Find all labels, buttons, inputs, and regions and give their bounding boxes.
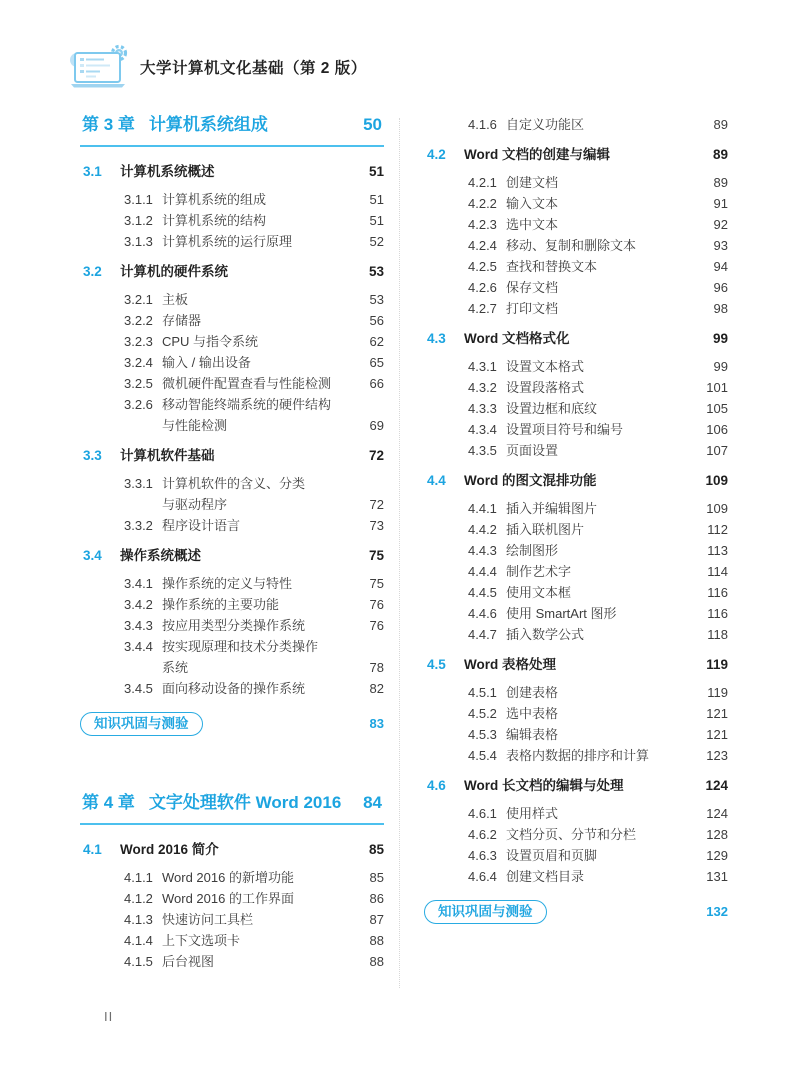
toc-sub-entry: 4.4.3绘制图形113 — [424, 540, 728, 561]
sub-entry-number: 4.3.5 — [468, 440, 506, 461]
sub-entry-number: 4.3.2 — [468, 377, 506, 398]
toc-sub-entry: 4.3.3设置边框和底纹105 — [424, 398, 728, 419]
sub-entry-title: 查找和替换文本 — [506, 256, 603, 277]
toc-sub-entry: 4.5.1创建表格119 — [424, 682, 728, 703]
sub-entry-page-number: 92 — [714, 214, 728, 235]
sub-entry-title: 保存文档 — [506, 277, 564, 298]
sub-entry-title: 使用样式 — [506, 803, 564, 824]
toc-section-entry: 4.2Word 文档的创建与编辑89 — [424, 144, 728, 165]
toc-sub-entry: 3.4.1操作系统的定义与特性75 — [80, 573, 384, 594]
toc-sub-entry: 4.1.3快速访问工具栏87 — [80, 909, 384, 930]
sub-entry-page-number: 89 — [714, 114, 728, 135]
sub-entry-title: Word 2016 的新增功能 — [162, 867, 300, 888]
sub-entry-number: 3.1.3 — [124, 231, 162, 252]
sub-entry-page-number: 65 — [370, 352, 384, 373]
sub-entry-page-number: 91 — [714, 193, 728, 214]
sub-entry-page-number: 121 — [706, 724, 728, 745]
sub-entry-title: 插入数学公式 — [506, 624, 590, 645]
section-number: 4.3 — [424, 328, 464, 349]
section-number: 3.3 — [80, 445, 120, 466]
sub-entry-number: 4.4.7 — [468, 624, 506, 645]
sub-entry-page-number: 86 — [370, 888, 384, 909]
sub-entry-number: 4.1.1 — [124, 867, 162, 888]
toc-sub-entry: 3.4.4按实现原理和技术分类操作 — [80, 636, 384, 657]
page-header: 大学计算机文化基础（第 2 版） — [66, 44, 367, 90]
toc-section-entry: 4.6Word 长文档的编辑与处理124 — [424, 775, 728, 796]
sub-entry-number: 3.3.2 — [124, 515, 162, 536]
toc-sub-entry: 4.1.2Word 2016 的工作界面86 — [80, 888, 384, 909]
knowledge-test-row: 知识巩固与测验83 — [80, 712, 384, 736]
section-title: Word 文档格式化 — [464, 328, 576, 349]
toc-sub-entry: 4.4.5使用文本框116 — [424, 582, 728, 603]
sub-entry-page-number: 76 — [370, 615, 384, 636]
toc-sub-entry: 4.2.5查找和替换文本94 — [424, 256, 728, 277]
sub-entry-page-number: 129 — [706, 845, 728, 866]
sub-entry-number: 4.4.6 — [468, 603, 506, 624]
sub-entry-title: 移动、复制和删除文本 — [506, 235, 642, 256]
sub-entry-title: Word 2016 的工作界面 — [162, 888, 300, 909]
sub-entry-page-number: 73 — [370, 515, 384, 536]
sub-entry-page-number: 93 — [714, 235, 728, 256]
sub-entry-title: 设置项目符号和编号 — [506, 419, 629, 440]
sub-entry-page-number: 109 — [706, 498, 728, 519]
knowledge-test-page-number: 83 — [370, 713, 384, 734]
sub-entry-page-number: 94 — [714, 256, 728, 277]
sub-entry-page-number: 87 — [370, 909, 384, 930]
toc-sub-entry: 4.4.7插入数学公式118 — [424, 624, 728, 645]
sub-entry-title-line2: 与性能检测 — [162, 415, 233, 436]
chapter-title: 计算机系统组成 — [149, 114, 268, 136]
sub-entry-page-number: 105 — [706, 398, 728, 419]
toc-sub-entry: 4.5.3编辑表格121 — [424, 724, 728, 745]
sub-entry-page-number: 113 — [707, 540, 728, 561]
sub-entry-title: 设置边框和底纹 — [506, 398, 603, 419]
sub-entry-page-number: 51 — [370, 210, 384, 231]
chapter-title: 文字处理软件 Word 2016 — [149, 792, 341, 814]
sub-entry-title: 设置段落格式 — [506, 377, 590, 398]
toc-sub-entry: 3.4.5面向移动设备的操作系统82 — [80, 678, 384, 699]
toc-section-entry: 4.5Word 表格处理119 — [424, 654, 728, 675]
sub-entry-page-number: 107 — [706, 440, 728, 461]
sub-entry-title: 输入文本 — [506, 193, 564, 214]
sub-entry-page-number: 118 — [707, 624, 728, 645]
toc-sub-entry: 4.6.1使用样式124 — [424, 803, 728, 824]
toc-sub-entry: 4.6.3设置页眉和页脚129 — [424, 845, 728, 866]
toc-sub-entry: 4.6.4创建文档目录131 — [424, 866, 728, 887]
section-number: 4.4 — [424, 470, 464, 491]
sub-entry-title: 制作艺术字 — [506, 561, 577, 582]
toc-section-entry: 3.2计算机的硬件系统53 — [80, 261, 384, 282]
sub-entry-page-number: 124 — [706, 803, 728, 824]
section-number: 4.5 — [424, 654, 464, 675]
sub-entry-number: 3.2.4 — [124, 352, 162, 373]
sub-entry-page-number: 78 — [370, 657, 384, 678]
sub-entry-number: 4.2.3 — [468, 214, 506, 235]
sub-entry-page-number: 106 — [706, 419, 728, 440]
sub-entry-page-number: 53 — [370, 289, 384, 310]
knowledge-test-row: 知识巩固与测验132 — [424, 900, 728, 924]
sub-entry-number: 4.5.1 — [468, 682, 506, 703]
sub-entry-title: 输入 / 输出设备 — [162, 352, 257, 373]
sub-entry-number: 3.2.3 — [124, 331, 162, 352]
toc-sub-entry: 4.3.5页面设置107 — [424, 440, 728, 461]
sub-entry-number: 4.5.2 — [468, 703, 506, 724]
toc-sub-entry: 4.4.1插入并编辑图片109 — [424, 498, 728, 519]
sub-entry-title: 操作系统的定义与特性 — [162, 573, 298, 594]
toc-sub-entry: 4.1.1Word 2016 的新增功能85 — [80, 867, 384, 888]
sub-entry-title: 计算机系统的运行原理 — [162, 231, 298, 252]
sub-entry-title: 绘制图形 — [506, 540, 564, 561]
toc-sub-entry: 4.2.3选中文本92 — [424, 214, 728, 235]
sub-entry-number: 4.6.2 — [468, 824, 506, 845]
sub-entry-number: 4.5.4 — [468, 745, 506, 766]
sub-entry-title: 选中文本 — [506, 214, 564, 235]
section-number: 4.2 — [424, 144, 464, 165]
sub-entry-page-number: 112 — [707, 519, 728, 540]
sub-entry-title: 插入联机图片 — [506, 519, 590, 540]
section-number: 3.1 — [80, 161, 120, 182]
section-page-number: 124 — [705, 775, 728, 796]
toc-section-entry: 3.1计算机系统概述51 — [80, 161, 384, 182]
toc-sub-entry: 4.2.1创建文档89 — [424, 172, 728, 193]
sub-entry-number: 4.3.1 — [468, 356, 506, 377]
sub-entry-page-number: 116 — [707, 582, 728, 603]
sub-entry-number: 3.4.4 — [124, 636, 162, 657]
sub-entry-number: 3.1.1 — [124, 189, 162, 210]
sub-entry-title: 计算机系统的结构 — [162, 210, 272, 231]
sub-entry-title: 面向移动设备的操作系统 — [162, 678, 311, 699]
sub-entry-page-number: 101 — [706, 377, 728, 398]
sub-entry-number: 4.2.7 — [468, 298, 506, 319]
sub-entry-number: 4.2.4 — [468, 235, 506, 256]
toc-sub-entry: 3.3.1计算机软件的含义、分类 — [80, 473, 384, 494]
toc-sub-entry-continuation: 与驱动程序72 — [80, 494, 384, 515]
sub-entry-number: 4.3.3 — [468, 398, 506, 419]
toc-sub-entry: 3.1.3计算机系统的运行原理52 — [80, 231, 384, 252]
sub-entry-number: 3.3.1 — [124, 473, 162, 494]
sub-entry-page-number: 51 — [370, 189, 384, 210]
toc-sub-entry: 4.3.4设置项目符号和编号106 — [424, 419, 728, 440]
sub-entry-page-number: 76 — [370, 594, 384, 615]
section-number: 3.4 — [80, 545, 120, 566]
knowledge-test-badge: 知识巩固与测验 — [80, 712, 203, 736]
sub-entry-title: 设置文本格式 — [506, 356, 590, 377]
sub-entry-page-number: 52 — [370, 231, 384, 252]
sub-entry-title: 插入并编辑图片 — [506, 498, 603, 519]
section-title: Word 表格处理 — [464, 654, 562, 675]
toc-sub-entry-continuation: 系统78 — [80, 657, 384, 678]
column-gap — [80, 738, 384, 768]
toc-sub-entry: 4.1.6自定义功能区89 — [424, 114, 728, 135]
toc-sub-entry: 4.6.2文档分页、分节和分栏128 — [424, 824, 728, 845]
sub-entry-number: 4.6.4 — [468, 866, 506, 887]
sub-entry-number: 3.2.6 — [124, 394, 162, 415]
section-title: Word 的图文混排功能 — [464, 470, 603, 491]
sub-entry-title: 主板 — [162, 289, 194, 310]
section-title: Word 2016 简介 — [120, 839, 225, 860]
sub-entry-title-line1: 计算机软件的含义、分类 — [162, 473, 311, 494]
section-page-number: 53 — [369, 261, 384, 282]
toc-sub-entry: 4.1.4上下文选项卡88 — [80, 930, 384, 951]
toc-column-right: 4.1.6自定义功能区894.2Word 文档的创建与编辑894.2.1创建文档… — [424, 114, 728, 926]
folio-page-number: II — [104, 1009, 113, 1024]
sub-entry-title: 编辑表格 — [506, 724, 564, 745]
sub-entry-number: 3.4.5 — [124, 678, 162, 699]
section-title: 计算机的硬件系统 — [120, 261, 234, 282]
sub-entry-number: 4.1.2 — [124, 888, 162, 909]
toc-sub-entry: 4.2.4移动、复制和删除文本93 — [424, 235, 728, 256]
sub-entry-page-number: 88 — [370, 930, 384, 951]
sub-entry-number: 4.4.3 — [468, 540, 506, 561]
toc-section-entry: 3.3计算机软件基础72 — [80, 445, 384, 466]
sub-entry-number: 3.4.3 — [124, 615, 162, 636]
sub-entry-page-number: 56 — [370, 310, 384, 331]
toc-sub-entry: 3.2.2存储器56 — [80, 310, 384, 331]
sub-entry-title: 快速访问工具栏 — [162, 909, 259, 930]
sub-entry-title: 文档分页、分节和分栏 — [506, 824, 642, 845]
toc-chapter-heading: 第 4 章文字处理软件 Word 201684 — [80, 792, 384, 825]
sub-entry-title: 选中表格 — [506, 703, 564, 724]
sub-entry-page-number: 62 — [370, 331, 384, 352]
section-page-number: 72 — [369, 445, 384, 466]
section-page-number: 109 — [705, 470, 728, 491]
section-title: 计算机软件基础 — [120, 445, 221, 466]
sub-entry-page-number: 82 — [370, 678, 384, 699]
sub-entry-title-line2: 系统 — [162, 657, 194, 678]
toc-sub-entry: 4.3.2设置段落格式101 — [424, 377, 728, 398]
toc-sub-entry: 4.4.4制作艺术字114 — [424, 561, 728, 582]
sub-entry-number: 4.2.6 — [468, 277, 506, 298]
sub-entry-number: 4.4.4 — [468, 561, 506, 582]
sub-entry-title: 创建文档 — [506, 172, 564, 193]
toc-sub-entry: 3.1.1计算机系统的组成51 — [80, 189, 384, 210]
section-page-number: 51 — [369, 161, 384, 182]
section-title: Word 长文档的编辑与处理 — [464, 775, 630, 796]
section-page-number: 75 — [369, 545, 384, 566]
sub-entry-title: 页面设置 — [506, 440, 564, 461]
sub-entry-number: 4.6.1 — [468, 803, 506, 824]
toc-sub-entry-continuation: 与性能检测69 — [80, 415, 384, 436]
sub-entry-title: 使用文本框 — [506, 582, 577, 603]
section-page-number: 85 — [369, 839, 384, 860]
sub-entry-title-line1: 按实现原理和技术分类操作 — [162, 636, 324, 657]
sub-entry-page-number: 131 — [706, 866, 728, 887]
sub-entry-title: 表格内数据的排序和计算 — [506, 745, 655, 766]
toc-sub-entry: 4.5.2选中表格121 — [424, 703, 728, 724]
toc-sub-entry: 4.5.4表格内数据的排序和计算123 — [424, 745, 728, 766]
sub-entry-title: CPU 与指令系统 — [162, 331, 264, 352]
toc-sub-entry: 3.4.2操作系统的主要功能76 — [80, 594, 384, 615]
section-page-number: 119 — [706, 654, 728, 675]
sub-entry-title: 后台视图 — [162, 951, 220, 972]
toc-sub-entry: 4.2.2输入文本91 — [424, 193, 728, 214]
toc-sub-entry: 4.4.2插入联机图片112 — [424, 519, 728, 540]
sub-entry-page-number: 88 — [370, 951, 384, 972]
sub-entry-title: 创建表格 — [506, 682, 564, 703]
sub-entry-title: 按应用类型分类操作系统 — [162, 615, 311, 636]
sub-entry-page-number: 96 — [714, 277, 728, 298]
sub-entry-number: 3.2.1 — [124, 289, 162, 310]
sub-entry-title: 上下文选项卡 — [162, 930, 246, 951]
toc-sub-entry: 4.2.6保存文档96 — [424, 277, 728, 298]
sub-entry-title: 自定义功能区 — [506, 114, 590, 135]
section-title: Word 文档的创建与编辑 — [464, 144, 616, 165]
sub-entry-number: 4.2.2 — [468, 193, 506, 214]
toc-section-entry: 3.4操作系统概述75 — [80, 545, 384, 566]
sub-entry-number: 3.2.5 — [124, 373, 162, 394]
toc-sub-entry: 3.1.2计算机系统的结构51 — [80, 210, 384, 231]
toc-sub-entry: 4.3.1设置文本格式99 — [424, 356, 728, 377]
sub-entry-number: 3.4.1 — [124, 573, 162, 594]
toc-sub-entry: 3.2.5微机硬件配置查看与性能检测66 — [80, 373, 384, 394]
section-page-number: 89 — [713, 144, 728, 165]
sub-entry-title: 计算机系统的组成 — [162, 189, 272, 210]
section-number: 3.2 — [80, 261, 120, 282]
sub-entry-page-number: 85 — [370, 867, 384, 888]
book-toc-page: 大学计算机文化基础（第 2 版） 第 3 章计算机系统组成503.1计算机系统概… — [0, 0, 800, 1078]
toc-sub-entry: 3.2.4输入 / 输出设备65 — [80, 352, 384, 373]
sub-entry-title: 设置页眉和页脚 — [506, 845, 603, 866]
section-title: 计算机系统概述 — [120, 161, 221, 182]
sub-entry-title: 创建文档目录 — [506, 866, 590, 887]
toc-sub-entry: 4.2.7打印文档98 — [424, 298, 728, 319]
sub-entry-title: 打印文档 — [506, 298, 564, 319]
toc-section-entry: 4.4Word 的图文混排功能109 — [424, 470, 728, 491]
sub-entry-page-number: 69 — [370, 415, 384, 436]
toc-section-entry: 4.3Word 文档格式化99 — [424, 328, 728, 349]
sub-entry-page-number: 75 — [370, 573, 384, 594]
chapter-page-number: 50 — [363, 114, 382, 136]
sub-entry-page-number: 98 — [714, 298, 728, 319]
section-number: 4.1 — [80, 839, 120, 860]
toc-column-left: 第 3 章计算机系统组成503.1计算机系统概述513.1.1计算机系统的组成5… — [80, 114, 384, 972]
toc-chapter-heading: 第 3 章计算机系统组成50 — [80, 114, 384, 147]
sub-entry-page-number: 114 — [707, 561, 728, 582]
sub-entry-number: 4.3.4 — [468, 419, 506, 440]
sub-entry-number: 4.2.1 — [468, 172, 506, 193]
sub-entry-page-number: 72 — [370, 494, 384, 515]
section-number: 4.6 — [424, 775, 464, 796]
sub-entry-page-number: 116 — [707, 603, 728, 624]
sub-entry-number: 4.1.3 — [124, 909, 162, 930]
sub-entry-page-number: 119 — [707, 682, 728, 703]
sub-entry-page-number: 121 — [706, 703, 728, 724]
sub-entry-number: 4.2.5 — [468, 256, 506, 277]
chapter-label: 第 3 章 — [82, 114, 135, 136]
sub-entry-page-number: 66 — [370, 373, 384, 394]
sub-entry-number: 4.6.3 — [468, 845, 506, 866]
knowledge-test-badge: 知识巩固与测验 — [424, 900, 547, 924]
toc-sub-entry: 3.2.1主板53 — [80, 289, 384, 310]
sub-entry-title: 微机硬件配置查看与性能检测 — [162, 373, 337, 394]
sub-entry-title: 程序设计语言 — [162, 515, 246, 536]
sub-entry-number: 4.5.3 — [468, 724, 506, 745]
chapter-page-number: 84 — [363, 792, 382, 814]
toc-sub-entry: 3.4.3按应用类型分类操作系统76 — [80, 615, 384, 636]
sub-entry-title-line2: 与驱动程序 — [162, 494, 233, 515]
sub-entry-title: 存储器 — [162, 310, 207, 331]
laptop-gear-lightbulb-logo-icon — [66, 44, 130, 90]
sub-entry-page-number: 89 — [714, 172, 728, 193]
knowledge-test-page-number: 132 — [706, 901, 728, 922]
toc-sub-entry: 3.3.2程序设计语言73 — [80, 515, 384, 536]
sub-entry-number: 3.2.2 — [124, 310, 162, 331]
sub-entry-page-number: 128 — [706, 824, 728, 845]
toc-sub-entry: 3.2.6移动智能终端系统的硬件结构 — [80, 394, 384, 415]
sub-entry-number: 3.4.2 — [124, 594, 162, 615]
sub-entry-number: 4.4.2 — [468, 519, 506, 540]
sub-entry-number: 4.4.5 — [468, 582, 506, 603]
toc-sub-entry: 4.4.6使用 SmartArt 图形116 — [424, 603, 728, 624]
section-page-number: 99 — [713, 328, 728, 349]
sub-entry-number: 3.1.2 — [124, 210, 162, 231]
sub-entry-page-number: 99 — [714, 356, 728, 377]
sub-entry-title-line1: 移动智能终端系统的硬件结构 — [162, 394, 337, 415]
sub-entry-title: 使用 SmartArt 图形 — [506, 603, 623, 624]
toc-section-entry: 4.1Word 2016 简介85 — [80, 839, 384, 860]
book-title: 大学计算机文化基础（第 2 版） — [140, 56, 367, 78]
sub-entry-page-number: 123 — [706, 745, 728, 766]
sub-entry-number: 4.1.5 — [124, 951, 162, 972]
sub-entry-number: 4.4.1 — [468, 498, 506, 519]
chapter-label: 第 4 章 — [82, 792, 135, 814]
toc-sub-entry: 4.1.5后台视图88 — [80, 951, 384, 972]
column-divider — [399, 118, 400, 988]
sub-entry-number: 4.1.4 — [124, 930, 162, 951]
sub-entry-number: 4.1.6 — [468, 114, 506, 135]
toc-sub-entry: 3.2.3CPU 与指令系统62 — [80, 331, 384, 352]
sub-entry-title: 操作系统的主要功能 — [162, 594, 285, 615]
section-title: 操作系统概述 — [120, 545, 207, 566]
